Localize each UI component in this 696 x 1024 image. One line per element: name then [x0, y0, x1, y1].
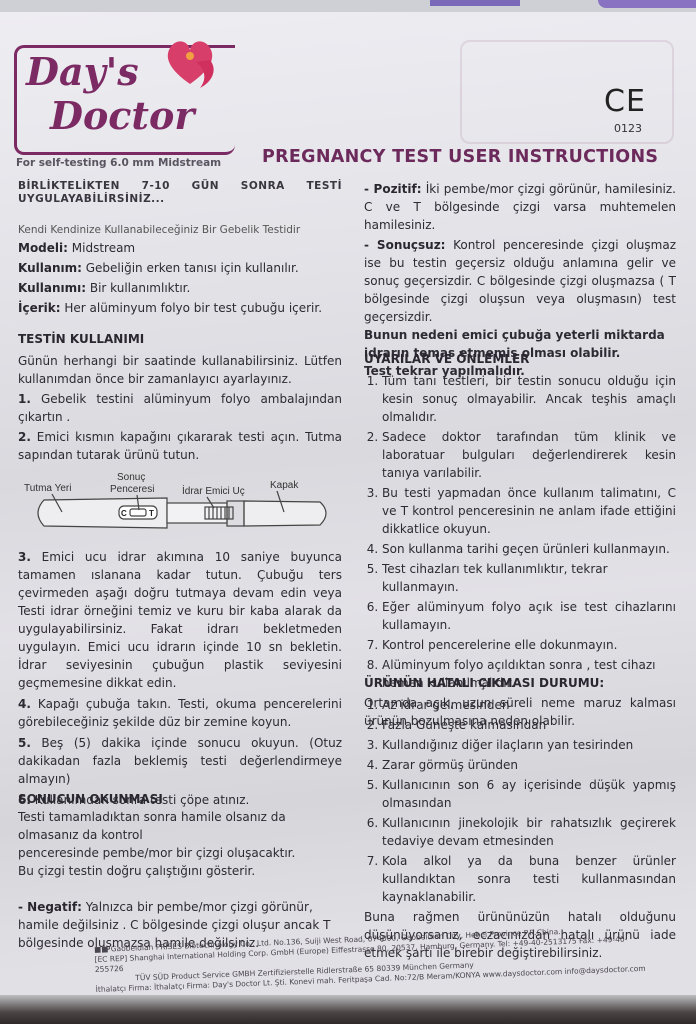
usage-section: TESTİN KULLANIMI Günün herhangi bir saat…	[18, 330, 342, 464]
reading-section: SONUCUN OKUNMASI Testi tamamladıktan son…	[18, 790, 342, 952]
warning-item: Kontrol pencerelerine elle dokunmayın.	[382, 636, 676, 654]
invalid-result: - Sonuçsuz: Kontrol penceresinde çizgi o…	[364, 236, 676, 326]
ce-number: 0123	[614, 122, 642, 135]
intro-subtitle: Kendi Kendinize Kullanabileceğiniz Bir G…	[18, 221, 342, 239]
heart-logo-icon	[160, 32, 220, 92]
ce-mark-icon: CE	[604, 84, 646, 119]
reading-line-1: Testi tamamladıktan sonra hamile olsanız…	[18, 808, 342, 844]
label-absorbent-tip: İdrar Emici Uç	[182, 484, 245, 497]
label-t: T	[149, 509, 154, 518]
usage-step-3: 3. Emici ucu idrar akımına 10 saniye buy…	[18, 548, 342, 692]
usage-step-4: 4. Kapağı çubuğa takın. Testi, okuma pen…	[18, 695, 342, 731]
spec-use-count: Kullanımı: Bir kullanımlıktır.	[18, 279, 342, 297]
faulty-item: Kola alkol ya da buna benzer ürünler kul…	[382, 852, 676, 906]
background-surface	[0, 995, 696, 1024]
spec-usage: Kullanım: Gebeliğin erken tanısı için ku…	[18, 259, 342, 277]
warnings-heading: UYARILAR VE ÖNLEMLER	[364, 350, 676, 368]
test-stick-diagram: Tutma Yeri Sonuç Penceresi İdrar Emici U…	[22, 470, 342, 540]
background-object	[430, 0, 520, 6]
left-column: BİRLİKTELİKTEN 7-10 GÜN SONRA TESTİ UYGU…	[18, 180, 342, 317]
warning-item: Son kullanma tarihi geçen ürünleri kulla…	[382, 540, 676, 558]
warnings-list: Tüm tanı testleri, bir testin sonucu old…	[364, 372, 676, 692]
background-object	[598, 0, 696, 8]
intro-caps-note: BİRLİKTELİKTEN 7-10 GÜN SONRA TESTİ UYGU…	[18, 180, 342, 206]
brand-name-line1: Day's	[26, 49, 139, 94]
usage-step-1: 1. Gebelik testini alüminyum folyo ambal…	[18, 390, 342, 426]
faulty-item: Kullanıcının jinekolojik bir rahatsızlık…	[382, 814, 676, 850]
brand-name-line2: Doctor	[50, 94, 194, 138]
reading-line-3: Bu çizgi testin doğru çalıştığını göster…	[18, 862, 342, 880]
label-handle: Tutma Yeri	[24, 483, 71, 494]
page-title: PREGNANCY TEST USER INSTRUCTIONS	[262, 147, 658, 167]
usage-intro: Günün herhangi bir saatinde kullanabilir…	[18, 352, 342, 388]
warning-item: Bu testi yapmadan önce kullanım talimatı…	[382, 484, 676, 538]
factory-icon: ■■	[94, 944, 111, 954]
faulty-item: Zarar görmüş üründen	[382, 756, 676, 774]
reading-heading: SONUCUN OKUNMASI	[18, 790, 342, 808]
spec-contents: İçerik: Her alüminyum folyo bir test çub…	[18, 299, 342, 317]
faulty-heading: ÜRÜNÜN HATALI ÇIKMASI DURUMU:	[364, 674, 676, 692]
label-c: C	[121, 509, 127, 518]
faulty-item: Fazla Güneşte kalmasından	[382, 716, 676, 734]
warning-item: Eğer alüminyum folyo açık ise test cihaz…	[382, 598, 676, 634]
faulty-item: Kullandığınız diğer ilaçların yan tesiri…	[382, 736, 676, 754]
faulty-item: Az idrar gelmesinden	[382, 696, 676, 714]
usage-step-2: 2. Emici kısmın kapağını çıkararak testi…	[18, 428, 342, 464]
label-cap: Kapak	[270, 480, 299, 491]
warning-item: Sadece doktor tarafından tüm klinik ve l…	[382, 428, 676, 482]
usage-heading: TESTİN KULLANIMI	[18, 330, 342, 348]
faulty-section: ÜRÜNÜN HATALI ÇIKMASI DURUMU: Az idrar g…	[364, 674, 676, 962]
product-tagline: For self-testing 6.0 mm Midstream	[16, 157, 221, 169]
usage-step-5: 5. Beş (5) dakika içinde sonucu okuyun. …	[18, 734, 342, 788]
spec-model: Modeli: Midstream	[18, 239, 342, 257]
spec-list: Modeli: Midstream Kullanım: Gebeliğin er…	[18, 239, 342, 317]
ec-rep-icon: [EC REP]	[94, 954, 129, 964]
reading-line-2: penceresinde pembe/mor bir çizgi oluşaca…	[18, 844, 342, 862]
positive-result: - Pozitif: İki pembe/mor çizgi görünür, …	[364, 180, 676, 234]
warning-item: Tüm tanı testleri, bir testin sonucu old…	[382, 372, 676, 426]
label-result-window-2: Penceresi	[110, 484, 154, 495]
warning-item: Test cihazları tek kullanımlıktır, tekra…	[382, 560, 676, 596]
warnings-section: UYARILAR VE ÖNLEMLER Tüm tanı testleri, …	[364, 350, 676, 730]
usage-steps-continued: 3. Emici ucu idrar akımına 10 saniye buy…	[18, 548, 342, 809]
label-result-window-1: Sonuç	[117, 472, 145, 483]
faulty-list: Az idrar gelmesinden Fazla Güneşte kalma…	[364, 696, 676, 906]
faulty-item: Kullanıcının son 6 ay içerisinde düşük y…	[382, 776, 676, 812]
